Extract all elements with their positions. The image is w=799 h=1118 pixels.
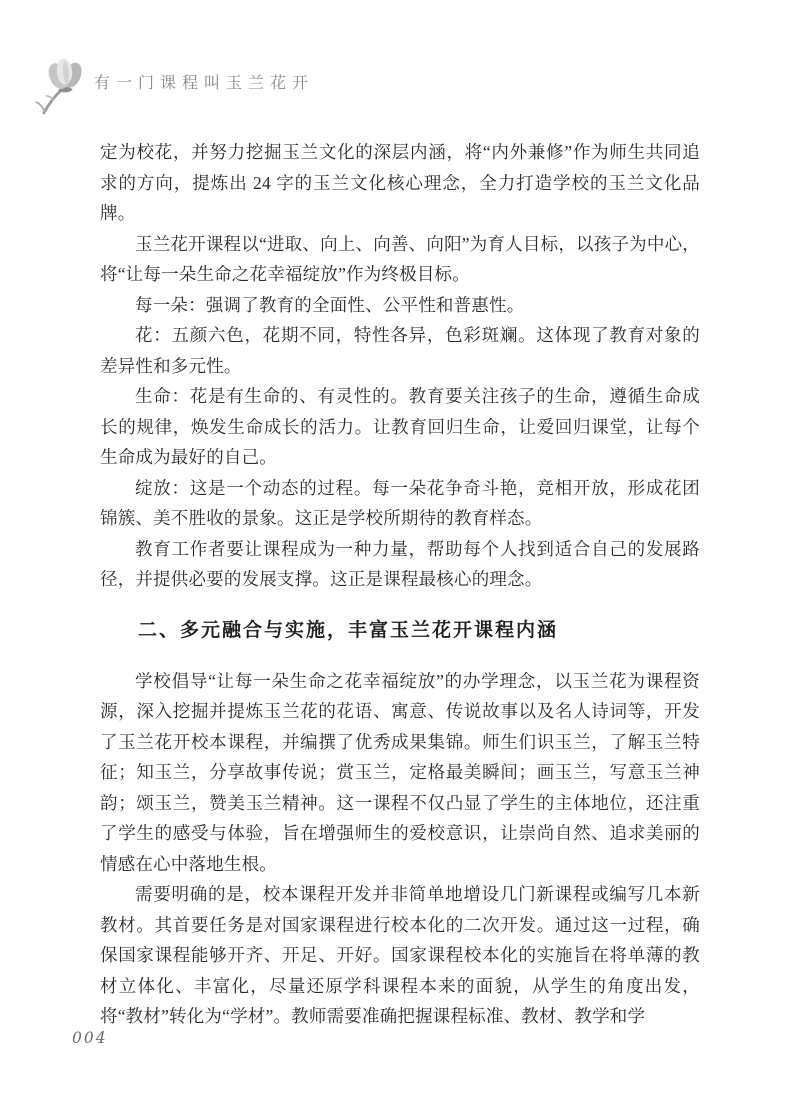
paragraph: 每一朵：强调了教育的全面性、公平性和普惠性。 bbox=[100, 290, 700, 321]
paragraph: 需要明确的是，校本课程开发并非简单地增设几门新课程或编写几本新教材。其首要任务是… bbox=[100, 879, 700, 1032]
paragraph: 玉兰花开课程以“进取、向上、向善、向阳”为育人目标，以孩子为中心，将“让每一朵生… bbox=[100, 229, 700, 290]
running-title: 有一门课程叫玉兰花开 bbox=[94, 70, 314, 93]
page-number: 004 bbox=[72, 1029, 108, 1047]
book-page: 有一门课程叫玉兰花开 定为校花，并努力挖掘玉兰文化的深层内涵，将“内外兼修”作为… bbox=[0, 0, 799, 1118]
paragraph: 教育工作者要让课程成为一种力量，帮助每个人找到适合自己的发展路径，并提供必要的发… bbox=[100, 534, 700, 595]
paragraph-continued: 定为校花，并努力挖掘玉兰文化的深层内涵，将“内外兼修”作为师生共同追求的方向，提… bbox=[100, 137, 700, 229]
paragraph: 绽放：这是一个动态的过程。每一朵花争奇斗艳，竞相开放，形成花团锦簇、美不胜收的景… bbox=[100, 473, 700, 534]
paragraph: 学校倡导“让每一朵生命之花幸福绽放”的办学理念，以玉兰花为课程资源，深入挖掘并提… bbox=[100, 666, 700, 880]
paragraph: 生命：花是有生命的、有灵性的。教育要关注孩子的生命，遵循生命成长的规律，焕发生命… bbox=[100, 381, 700, 473]
page-body: 定为校花，并努力挖掘玉兰文化的深层内涵，将“内外兼修”作为师生共同追求的方向，提… bbox=[100, 137, 700, 1032]
paragraph: 花：五颜六色，花期不同，特性各异，色彩斑斓。这体现了教育对象的差异性和多元性。 bbox=[100, 320, 700, 381]
magnolia-flower-icon bbox=[33, 56, 87, 116]
section-heading: 二、多元融合与实施，丰富玉兰花开课程内涵 bbox=[100, 616, 700, 646]
page-header: 有一门课程叫玉兰花开 bbox=[33, 56, 314, 116]
